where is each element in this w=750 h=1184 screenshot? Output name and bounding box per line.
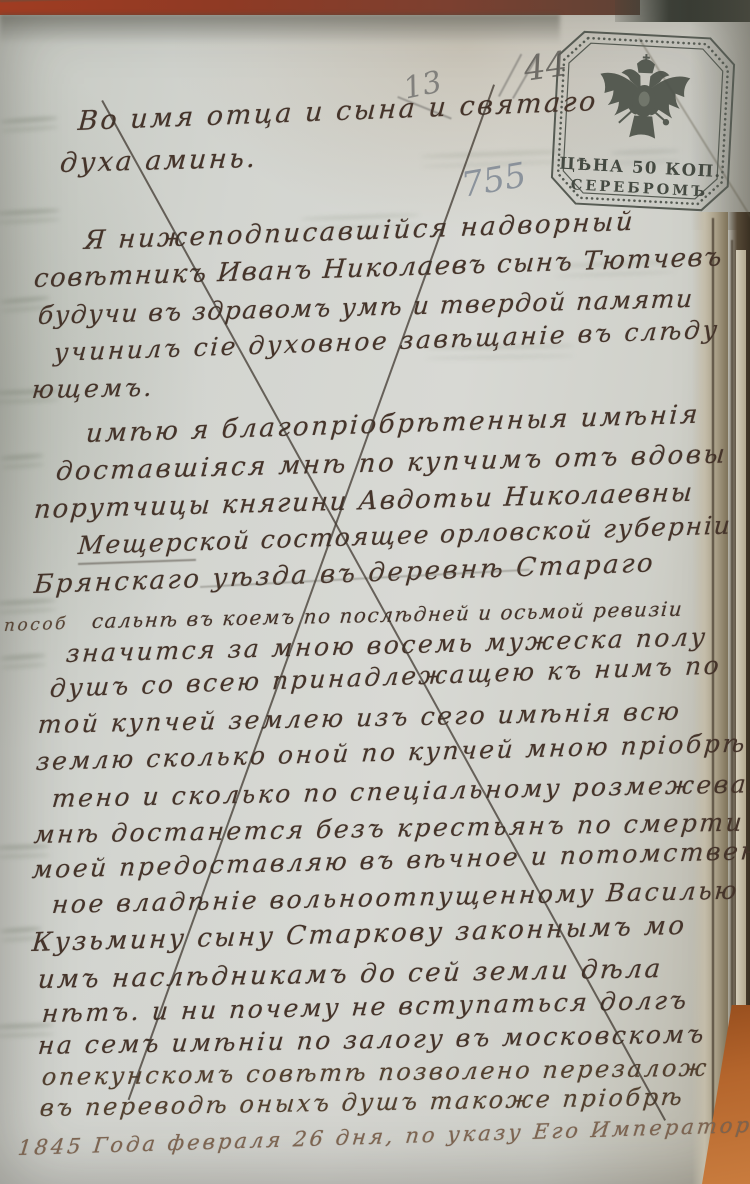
bleed-through-mark (420, 149, 570, 158)
bleed-through-mark (0, 653, 46, 660)
desk-wood-strip (0, 0, 640, 15)
manuscript-line: тено и сколько по спеціальному розмежева… (51, 769, 750, 813)
bleed-through-mark (0, 598, 56, 605)
manuscript-line: Во имя отца и сына и святаго (77, 86, 599, 137)
manuscript-line: ющемъ. (31, 373, 156, 404)
revenue-stamp: ЦѢНА 50 КОП. СЕРЕБРОМЪ (547, 27, 738, 214)
bleed-through-mark (0, 208, 60, 215)
pencil-archive-number: 755 (459, 155, 530, 206)
page-edge-crease (712, 218, 714, 1184)
paper-top-smudge (0, 14, 560, 44)
bleed-through-mark (0, 453, 44, 460)
manuscript-photo: ЦѢНА 50 КОП. СЕРЕБРОМЪ 13 44 755 Во имя … (0, 0, 750, 1184)
manuscript-line: Кузьмину сыну Старкову законнымъ мо (31, 911, 688, 958)
manuscript-line: духа аминь. (59, 143, 259, 179)
margin-insert-note: пособ (3, 614, 68, 636)
bleed-through-mark (0, 116, 58, 124)
